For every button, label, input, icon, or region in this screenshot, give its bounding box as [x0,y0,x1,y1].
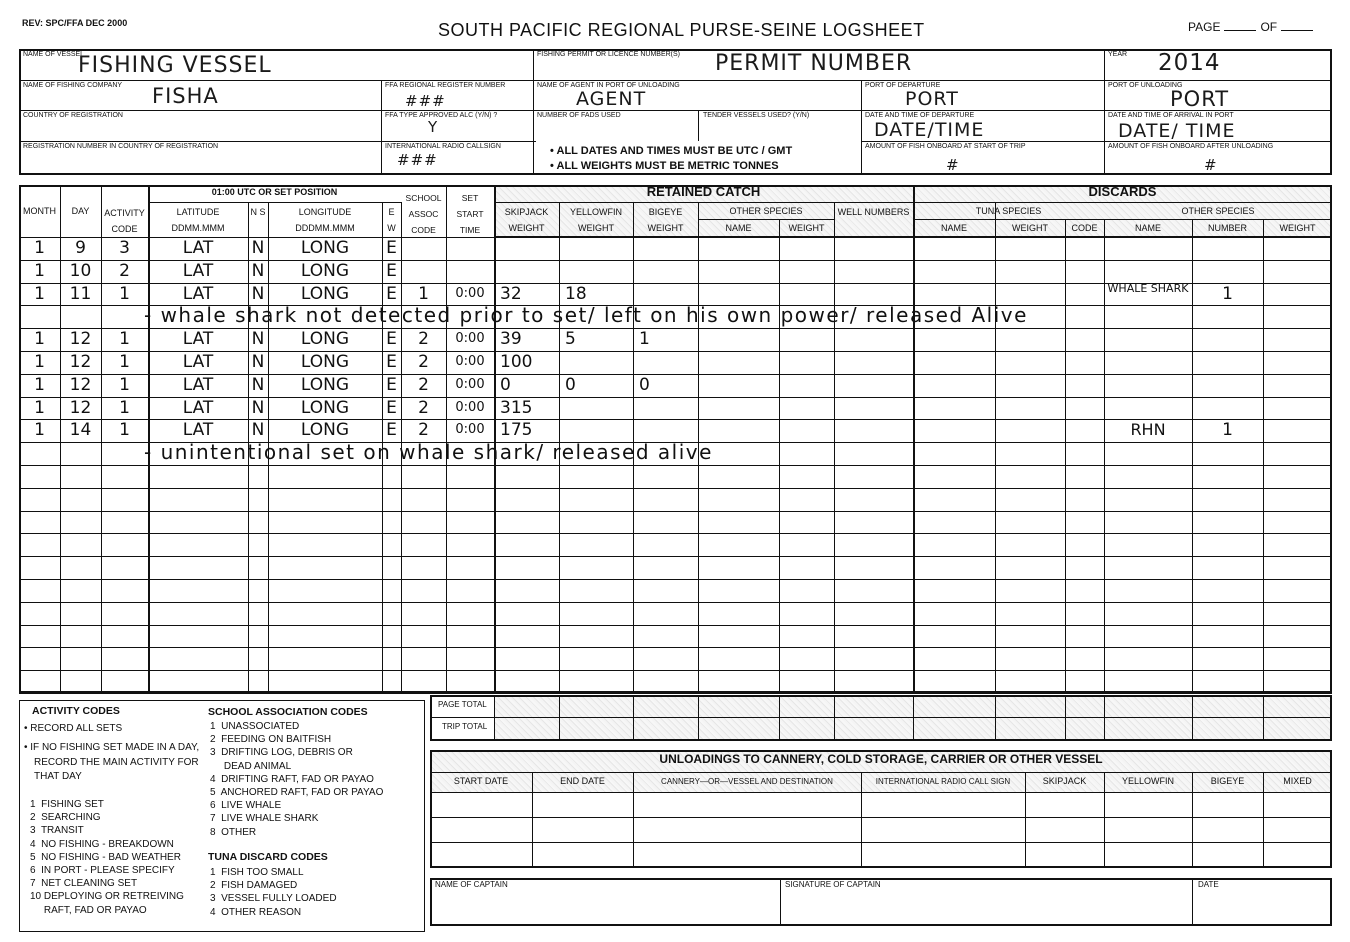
cell-set_time[interactable]: 0:00 [446,283,494,305]
school-code-item: 4 DRIFTING RAFT, FAD OR PAYAO [210,773,374,786]
cell-skipjack[interactable]: 39 [494,328,559,350]
cell-lat[interactable]: LAT [148,260,248,282]
cell-lat[interactable]: LAT [148,397,248,419]
column-header-disc_name: NAME [1104,223,1192,234]
school-code-item: 3 DRIFTING LOG, DEBRIS OR [210,746,353,759]
activity-code-item: RAFT, FAD OR PAYAO [30,904,147,917]
grid-line [19,511,1332,512]
activity-code-item: 10 DEPLOYING OR RETREIVING [30,890,184,903]
tonnes-note: • ALL WEIGHTS MUST BE METRIC TONNES [550,160,779,172]
column-header-day: DAY [60,206,101,217]
trip-total-label: TRIP TOTAL [442,722,487,731]
tuna-discard-codes-title: TUNA DISCARD CODES [208,851,328,863]
cell-yellowfin[interactable]: 0 [559,374,633,396]
cell-ew[interactable]: E [382,351,401,373]
column-header-other_name: NAME [698,223,779,234]
grid-line [633,695,634,741]
of-label: OF [1260,20,1277,34]
column-header-other_weight: WEIGHT [779,223,834,234]
unloading-cell[interactable] [1025,843,1104,867]
column-header-month: MONTH [19,206,60,217]
grid-line [698,219,834,220]
unloading-column-header: SKIPJACK [1025,776,1104,787]
cell-activity[interactable]: 1 [101,419,148,441]
unloading-cell[interactable] [532,793,633,817]
remark-text[interactable]: - whale shark not detected prior to set/… [144,304,1028,326]
cell-set_time[interactable]: 0:00 [446,328,494,350]
tuna-species-header: TUNA SPECIES [913,206,1104,217]
activity-code-item: 7 NET CLEANING SET [30,877,137,890]
unloading-column-header: MIXED [1263,776,1332,787]
cell-month[interactable]: 1 [19,374,60,396]
column-header-well: WELL NUMBERS [834,204,913,220]
grid-line [1065,695,1066,741]
cell-day[interactable]: 11 [60,283,101,305]
cell-lat[interactable]: LAT [148,283,248,305]
cell-ew[interactable]: E [382,328,401,350]
unloading-cell[interactable] [1263,843,1332,867]
cell-skipjack[interactable]: 315 [494,397,559,419]
grid-line [494,202,1332,203]
unloading-cell[interactable] [861,793,1025,817]
cell-activity[interactable]: 3 [101,237,148,259]
activity-code-item: 2 SEARCHING [30,811,101,824]
grid-line [995,202,996,693]
unloading-cell[interactable] [532,843,633,867]
column-header-long: LONGITUDE DDDMM.MMM [268,204,382,236]
revision-label: REV: SPC/FFA DEC 2000 [22,18,127,28]
cell-school[interactable]: 2 [401,397,446,419]
cell-ns[interactable]: N [248,237,268,259]
cell-lat[interactable]: LAT [148,419,248,441]
cell-day[interactable]: 12 [60,397,101,419]
cell-set_time[interactable]: 0:00 [446,397,494,419]
page-of: PAGEOF [1188,20,1317,34]
unloading-column-header: CANNERY—OR—VESSEL AND DESTINATION [633,776,861,787]
column-header-skipjack: SKIPJACK WEIGHT [494,204,559,236]
grid-line [19,488,1332,489]
cell-long[interactable]: LONG [268,283,382,305]
cell-ew[interactable]: E [382,283,401,305]
cell-disc_number[interactable]: 1 [1192,283,1263,305]
cell-ns[interactable]: N [248,419,268,441]
column-header-disc_number: NUMBER [1192,223,1263,234]
cell-ns[interactable]: N [248,328,268,350]
cell-ew[interactable]: E [382,374,401,396]
page-label: PAGE [1188,20,1220,34]
grid-line [1263,695,1264,741]
cell-school[interactable]: 2 [401,374,446,396]
cell-long[interactable]: LONG [268,237,382,259]
cell-ns[interactable]: N [248,283,268,305]
grid-line [834,695,835,741]
grid-line [1263,219,1264,693]
column-header-ew: E W [382,204,401,236]
activity-codes-title: ACTIVITY CODES [32,705,120,717]
cell-lat[interactable]: LAT [148,374,248,396]
cell-ew[interactable]: E [382,260,401,282]
grid-line [19,579,1332,580]
grid-line [913,219,1332,220]
grid-line [19,693,1332,694]
activity-code-item: 6 IN PORT - PLEASE SPECIFY [30,864,175,877]
grid-line [995,695,996,741]
cell-ns[interactable]: N [248,397,268,419]
cell-activity[interactable]: 2 [101,260,148,282]
activity-note: IF NO FISHING SET MADE IN A DAY, [30,742,199,753]
cell-day[interactable]: 12 [60,328,101,350]
activity-note: RECORD ALL SETS [30,723,122,734]
cell-school[interactable]: 2 [401,419,446,441]
cell-activity[interactable]: 1 [101,351,148,373]
activity-note: THAT DAY [34,771,82,782]
unloading-cell[interactable] [1025,818,1104,842]
unloading-cell[interactable] [1104,843,1192,867]
tuna-discard-code-item: 3 VESSEL FULLY LOADED [210,892,337,905]
grid-line [19,465,1332,466]
cell-lat[interactable]: LAT [148,237,248,259]
unloading-cell[interactable] [1104,818,1192,842]
column-header-school: SCHOOL ASSOC CODE [401,190,446,238]
cell-skipjack[interactable]: 100 [494,351,559,373]
column-header-set_time: SET START TIME [446,190,494,238]
cell-ew[interactable]: E [382,397,401,419]
column-header-disc_weight: WEIGHT [1263,223,1332,234]
tuna-discard-code-item: 2 FISH DAMAGED [210,879,297,892]
column-header-lat: LATITUDE DDMM.MMM [148,204,248,236]
cell-set_time[interactable]: 0:00 [446,351,494,373]
cell-day[interactable]: 10 [60,260,101,282]
cell-lat[interactable]: LAT [148,328,248,350]
unloading-cell[interactable] [1025,793,1104,817]
cell-skipjack[interactable]: 32 [494,283,559,305]
unloading-cell[interactable] [633,818,861,842]
cell-long[interactable]: LONG [268,419,382,441]
tuna-discard-code-item: 4 OTHER REASON [210,906,301,919]
discard-other-species-header: OTHER SPECIES [1104,206,1332,217]
unloading-cell[interactable] [1263,818,1332,842]
grid-line [19,625,1332,626]
grid-line [19,647,1332,648]
cell-lat[interactable]: LAT [148,351,248,373]
unloading-cell[interactable] [532,818,633,842]
cell-bigeye[interactable]: 0 [633,374,698,396]
unloading-cell[interactable] [1104,793,1192,817]
school-code-item: 8 OTHER [210,826,256,839]
column-header-tuna_name: NAME [913,223,995,234]
unloading-cell[interactable] [1263,793,1332,817]
unloading-column-header: BIGEYE [1192,776,1263,787]
page-count-field[interactable] [1281,30,1313,31]
grid-line [559,695,560,741]
school-code-item: 5 ANCHORED RAFT, FAD OR PAYAO [210,786,383,799]
cell-activity[interactable]: 1 [101,397,148,419]
school-codes-title: SCHOOL ASSOCIATION CODES [208,706,368,718]
school-code-item: DEAD ANIMAL [210,760,291,773]
page-title: SOUTH PACIFIC REGIONAL PURSE-SEINE LOGSH… [438,20,925,41]
unloading-cell[interactable] [633,793,861,817]
grid-line [779,219,780,693]
cell-day[interactable]: 9 [60,237,101,259]
cell-bigeye[interactable]: 1 [633,328,698,350]
cell-day[interactable]: 14 [60,419,101,441]
cell-month[interactable]: 1 [19,397,60,419]
cell-long[interactable]: LONG [268,374,382,396]
grid-line [913,185,915,693]
cell-ns[interactable]: N [248,260,268,282]
school-code-item: 2 FEEDING ON BAITFISH [210,733,331,746]
cell-skipjack[interactable]: 175 [494,419,559,441]
grid-line [913,695,914,741]
grid-line [834,202,835,693]
activity-code-item: 5 NO FISHING - BAD WEATHER [30,851,181,864]
unloading-cell[interactable] [861,818,1025,842]
unloading-cell[interactable] [430,793,532,817]
grid-line [19,670,1332,671]
cell-set_time[interactable]: 0:00 [446,419,494,441]
tuna-discard-code-item: 1 FISH TOO SMALL [210,866,304,879]
position-group-header: 01:00 UTC OR SET POSITION [148,187,401,198]
signature-block [430,878,1332,926]
cell-school[interactable]: 2 [401,351,446,373]
unloading-column-header: START DATE [430,776,532,787]
activity-code-item: 1 FISHING SET [30,798,104,811]
cell-month[interactable]: 1 [19,419,60,441]
cell-disc_name[interactable]: WHALE SHARK [1104,283,1192,294]
grid-line [1192,695,1193,741]
unloading-column-header: INTERNATIONAL RADIO CALL SIGN [861,776,1025,787]
grid-line [698,695,699,741]
cell-disc_name[interactable]: RHN [1104,419,1192,441]
unloading-cell[interactable] [861,843,1025,867]
column-header-tuna_code: CODE [1065,223,1104,234]
cell-long[interactable]: LONG [268,351,382,373]
column-header-tuna_weight: WEIGHT [995,223,1065,234]
grid-line [148,202,401,203]
grid-line [779,695,780,741]
activity-code-item: 4 NO FISHING - BREAKDOWN [30,838,174,851]
cell-ns[interactable]: N [248,351,268,373]
cell-ew[interactable]: E [382,237,401,259]
column-header-ns: N S [248,204,268,220]
cell-long[interactable]: LONG [268,397,382,419]
page-number-field[interactable] [1224,30,1256,31]
unloading-cell[interactable] [633,843,861,867]
school-code-item: 7 LIVE WHALE SHARK [210,812,318,825]
grid-line [1065,219,1066,693]
cell-month[interactable]: 1 [19,283,60,305]
page-total-label: PAGE TOTAL [438,700,487,709]
cell-school[interactable]: 2 [401,328,446,350]
unloadings-title: UNLOADINGS TO CANNERY, COLD STORAGE, CAR… [430,754,1332,765]
cell-skipjack[interactable]: 0 [494,374,559,396]
cell-month[interactable]: 1 [19,260,60,282]
remark-text[interactable]: - unintentional set on whale shark/ rele… [144,441,713,463]
cell-school[interactable]: 1 [401,283,446,305]
unloading-column-header: YELLOWFIN [1104,776,1192,787]
grid-line [19,533,1332,534]
activity-code-item: 3 TRANSIT [30,824,84,837]
cell-yellowfin[interactable]: 18 [559,283,633,305]
totals-shade [494,697,1330,739]
column-header-bigeye: BIGEYE WEIGHT [633,204,698,236]
cell-activity[interactable]: 1 [101,374,148,396]
discards-header: DISCARDS [913,186,1332,197]
grid-line [19,602,1332,603]
cell-ns[interactable]: N [248,374,268,396]
school-code-item: 6 LIVE WHALE [210,799,281,812]
cell-ew[interactable]: E [382,419,401,441]
unloading-cell[interactable] [1192,843,1263,867]
cell-activity[interactable]: 1 [101,283,148,305]
cell-disc_number[interactable]: 1 [1192,419,1263,441]
column-header-yellowfin: YELLOWFIN WEIGHT [559,204,633,236]
grid-line [19,556,1332,557]
activity-note: RECORD THE MAIN ACTIVITY FOR [34,757,199,768]
grid-line [1104,695,1105,741]
unloading-cell[interactable] [430,843,532,867]
utc-note: • ALL DATES AND TIMES MUST BE UTC / GMT [550,145,792,157]
cell-yellowfin[interactable]: 5 [559,328,633,350]
cell-set_time[interactable]: 0:00 [446,374,494,396]
unloading-cell[interactable] [1192,818,1263,842]
unloading-column-header: END DATE [532,776,633,787]
cell-month[interactable]: 1 [19,237,60,259]
unloading-cell[interactable] [1192,793,1263,817]
cell-day[interactable]: 12 [60,374,101,396]
retained-catch-header: RETAINED CATCH [494,186,913,197]
cell-month[interactable]: 1 [19,351,60,373]
cell-month[interactable]: 1 [19,328,60,350]
grid-line [494,695,495,741]
cell-day[interactable]: 12 [60,351,101,373]
grid-line [430,772,1332,773]
other-species-header: OTHER SPECIES [698,206,834,217]
school-code-item: 1 UNASSOCIATED [210,720,299,733]
cell-long[interactable]: LONG [268,328,382,350]
cell-long[interactable]: LONG [268,260,382,282]
unloading-cell[interactable] [430,818,532,842]
column-header-activity: ACTIVITY CODE [101,205,148,237]
cell-activity[interactable]: 1 [101,328,148,350]
